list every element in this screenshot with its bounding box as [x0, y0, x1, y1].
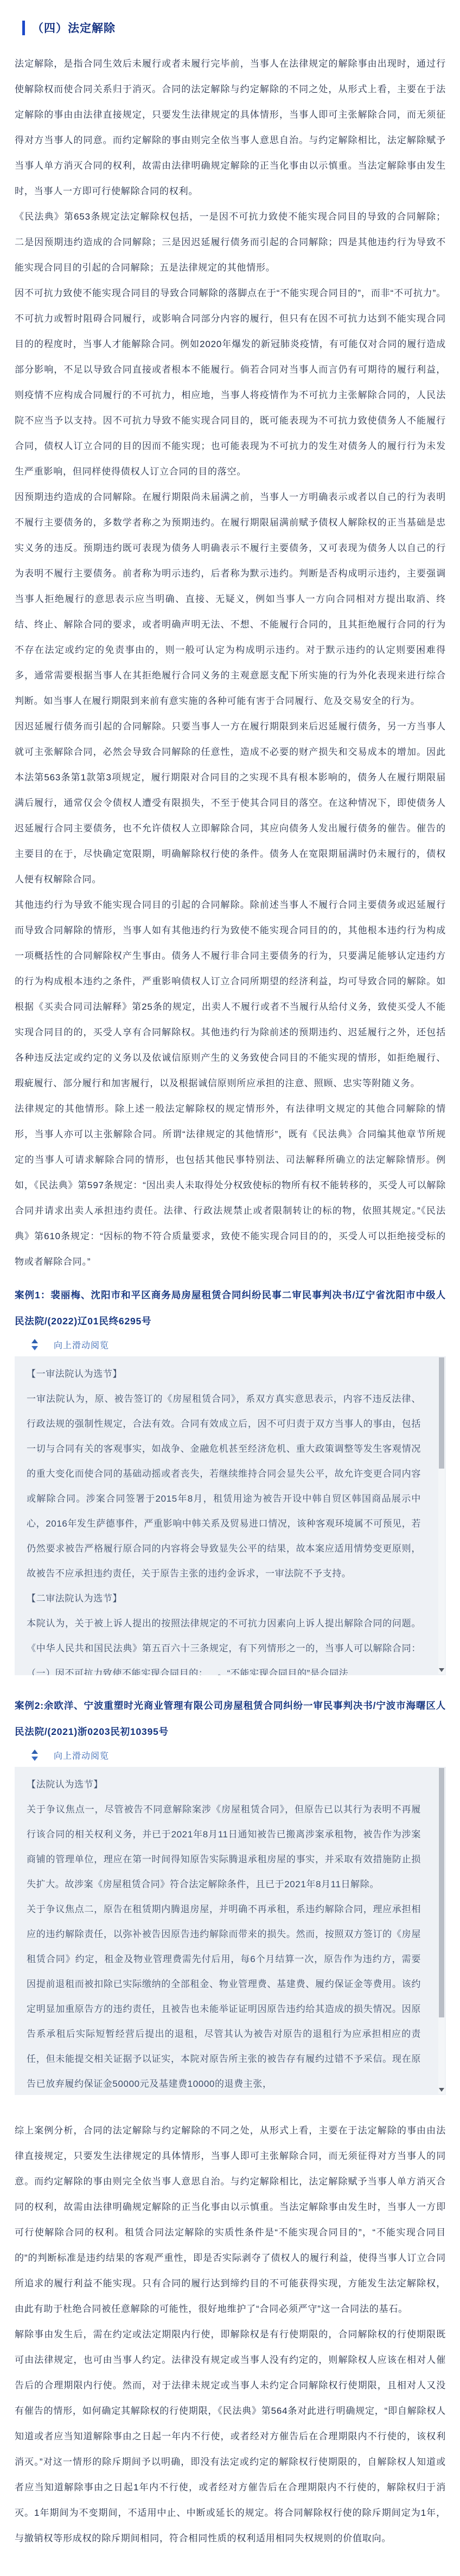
- paragraph: 《民法典》第653条规定法定解除权包括，一是因不可抗力致使不能实现合同目的导致的…: [15, 204, 446, 280]
- article-page: （四）法定解除 法定解除，是指合同生效后未履行或者未履行完毕前，当事人在法律规定…: [0, 0, 460, 2576]
- scrollbar-down-arrow-icon[interactable]: [439, 1668, 444, 1672]
- scroll-arrows: [31, 1750, 38, 1761]
- section-title-text: （四）法定解除: [32, 20, 116, 36]
- case-1-title: 案例1：裴丽梅、沈阳市和平区商务局房屋租赁合同纠纷民事二审民事判决书/辽宁省沈阳…: [15, 1282, 446, 1334]
- paragraph: 解除事由发生后，需在约定或法定期限内行使，即解除权是有行使期限的，合同解除权的行…: [15, 2322, 446, 2551]
- title-accent-bar: [22, 21, 25, 35]
- scroll-down-icon: [31, 1757, 38, 1761]
- scroll-up-icon: [31, 1750, 38, 1754]
- scrollbar-thumb[interactable]: [439, 1768, 444, 2017]
- scrollbar-track[interactable]: [438, 1768, 445, 2094]
- paragraph: 因不可抗力致使不能实现合同目的导致合同解除的落脚点在于“不能实现合同目的”，而非…: [15, 280, 446, 484]
- paragraph: 法律规定的其他情形。除上述一般法定解除权的规定情形外，有法律明文规定的其他合同解…: [15, 1096, 446, 1274]
- section-title: （四）法定解除: [22, 0, 446, 36]
- excerpt-paragraph: 关于争议焦点二，原告在租赁期内腾退房屋，并明确不再承租，系违约解除合同，理应承担…: [27, 1897, 421, 2095]
- scrollbar-track[interactable]: [438, 1357, 445, 1674]
- scroll-hint-label: 向上滑动阅览: [54, 1338, 109, 1351]
- case-2-excerpt-box[interactable]: 【法院认为选节】 关于争议焦点一，尽管被告不同意解除案涉《房屋租赁合同》，但原告…: [15, 1767, 446, 2095]
- case-2-title: 案例2:余欧洋、宁波重塑时光商业管理有限公司房屋租赁合同纠纷一审民事判决书/宁波…: [15, 1693, 446, 1745]
- scroll-up-icon: [31, 1339, 38, 1343]
- article-content: （四）法定解除 法定解除，是指合同生效后未履行或者未履行完毕前，当事人在法律规定…: [0, 0, 460, 2576]
- excerpt-heading: 【二审法院认为选节】: [27, 1586, 421, 1611]
- scroll-arrows: [31, 1339, 38, 1350]
- excerpt-paragraph: 一审法院认为，原、被告签订的《房屋租赁合同》，系双方真实意思表示，内容不违反法律…: [27, 1387, 421, 1586]
- excerpt-heading: 【法院认为选节】: [27, 1772, 421, 1797]
- excerpt-paragraph: 关于争议焦点一，尽管被告不同意解除案涉《房屋租赁合同》，但原告已以其行为表明不再…: [27, 1797, 421, 1897]
- paragraph: 法定解除，是指合同生效后未履行或者未履行完毕前，当事人在法律规定的解除事由出现时…: [15, 51, 446, 204]
- case-1-excerpt-box[interactable]: 【一审法院认为选节】 一审法院认为，原、被告签订的《房屋租赁合同》，系双方真实意…: [15, 1356, 446, 1675]
- case-1-scroll-hint: 向上滑动阅览: [31, 1338, 446, 1351]
- paragraph: 其他违约行为导致不能实现合同目的引起的合同解除。除前述当事人不履行合同主要债务或…: [15, 892, 446, 1096]
- scroll-hint-label: 向上滑动阅览: [54, 1749, 109, 1761]
- excerpt-heading: 【一审法院认为选节】: [27, 1362, 421, 1387]
- case-2-scroll-hint: 向上滑动阅览: [31, 1749, 446, 1761]
- paragraph: 综上案例分析，合同的法定解除与约定解除的不同之处，从形式上看，主要在于法定解除的…: [15, 2118, 446, 2322]
- scrollbar-thumb[interactable]: [439, 1357, 444, 1469]
- excerpt-paragraph: 本院认为，关于被上诉人提出的按照法律规定的不可抗力因素向上诉人提出解除合同的问题…: [27, 1611, 421, 1675]
- paragraph: 因预期违约造成的合同解除。在履行期限尚未届满之前，当事人一方明确表示或者以自己的…: [15, 484, 446, 714]
- scroll-down-icon: [31, 1346, 38, 1350]
- scrollbar-down-arrow-icon[interactable]: [439, 2088, 444, 2092]
- paragraph: 因迟延履行债务而引起的合同解除。只要当事人一方在履行期限到来后迟延履行债务，另一…: [15, 714, 446, 892]
